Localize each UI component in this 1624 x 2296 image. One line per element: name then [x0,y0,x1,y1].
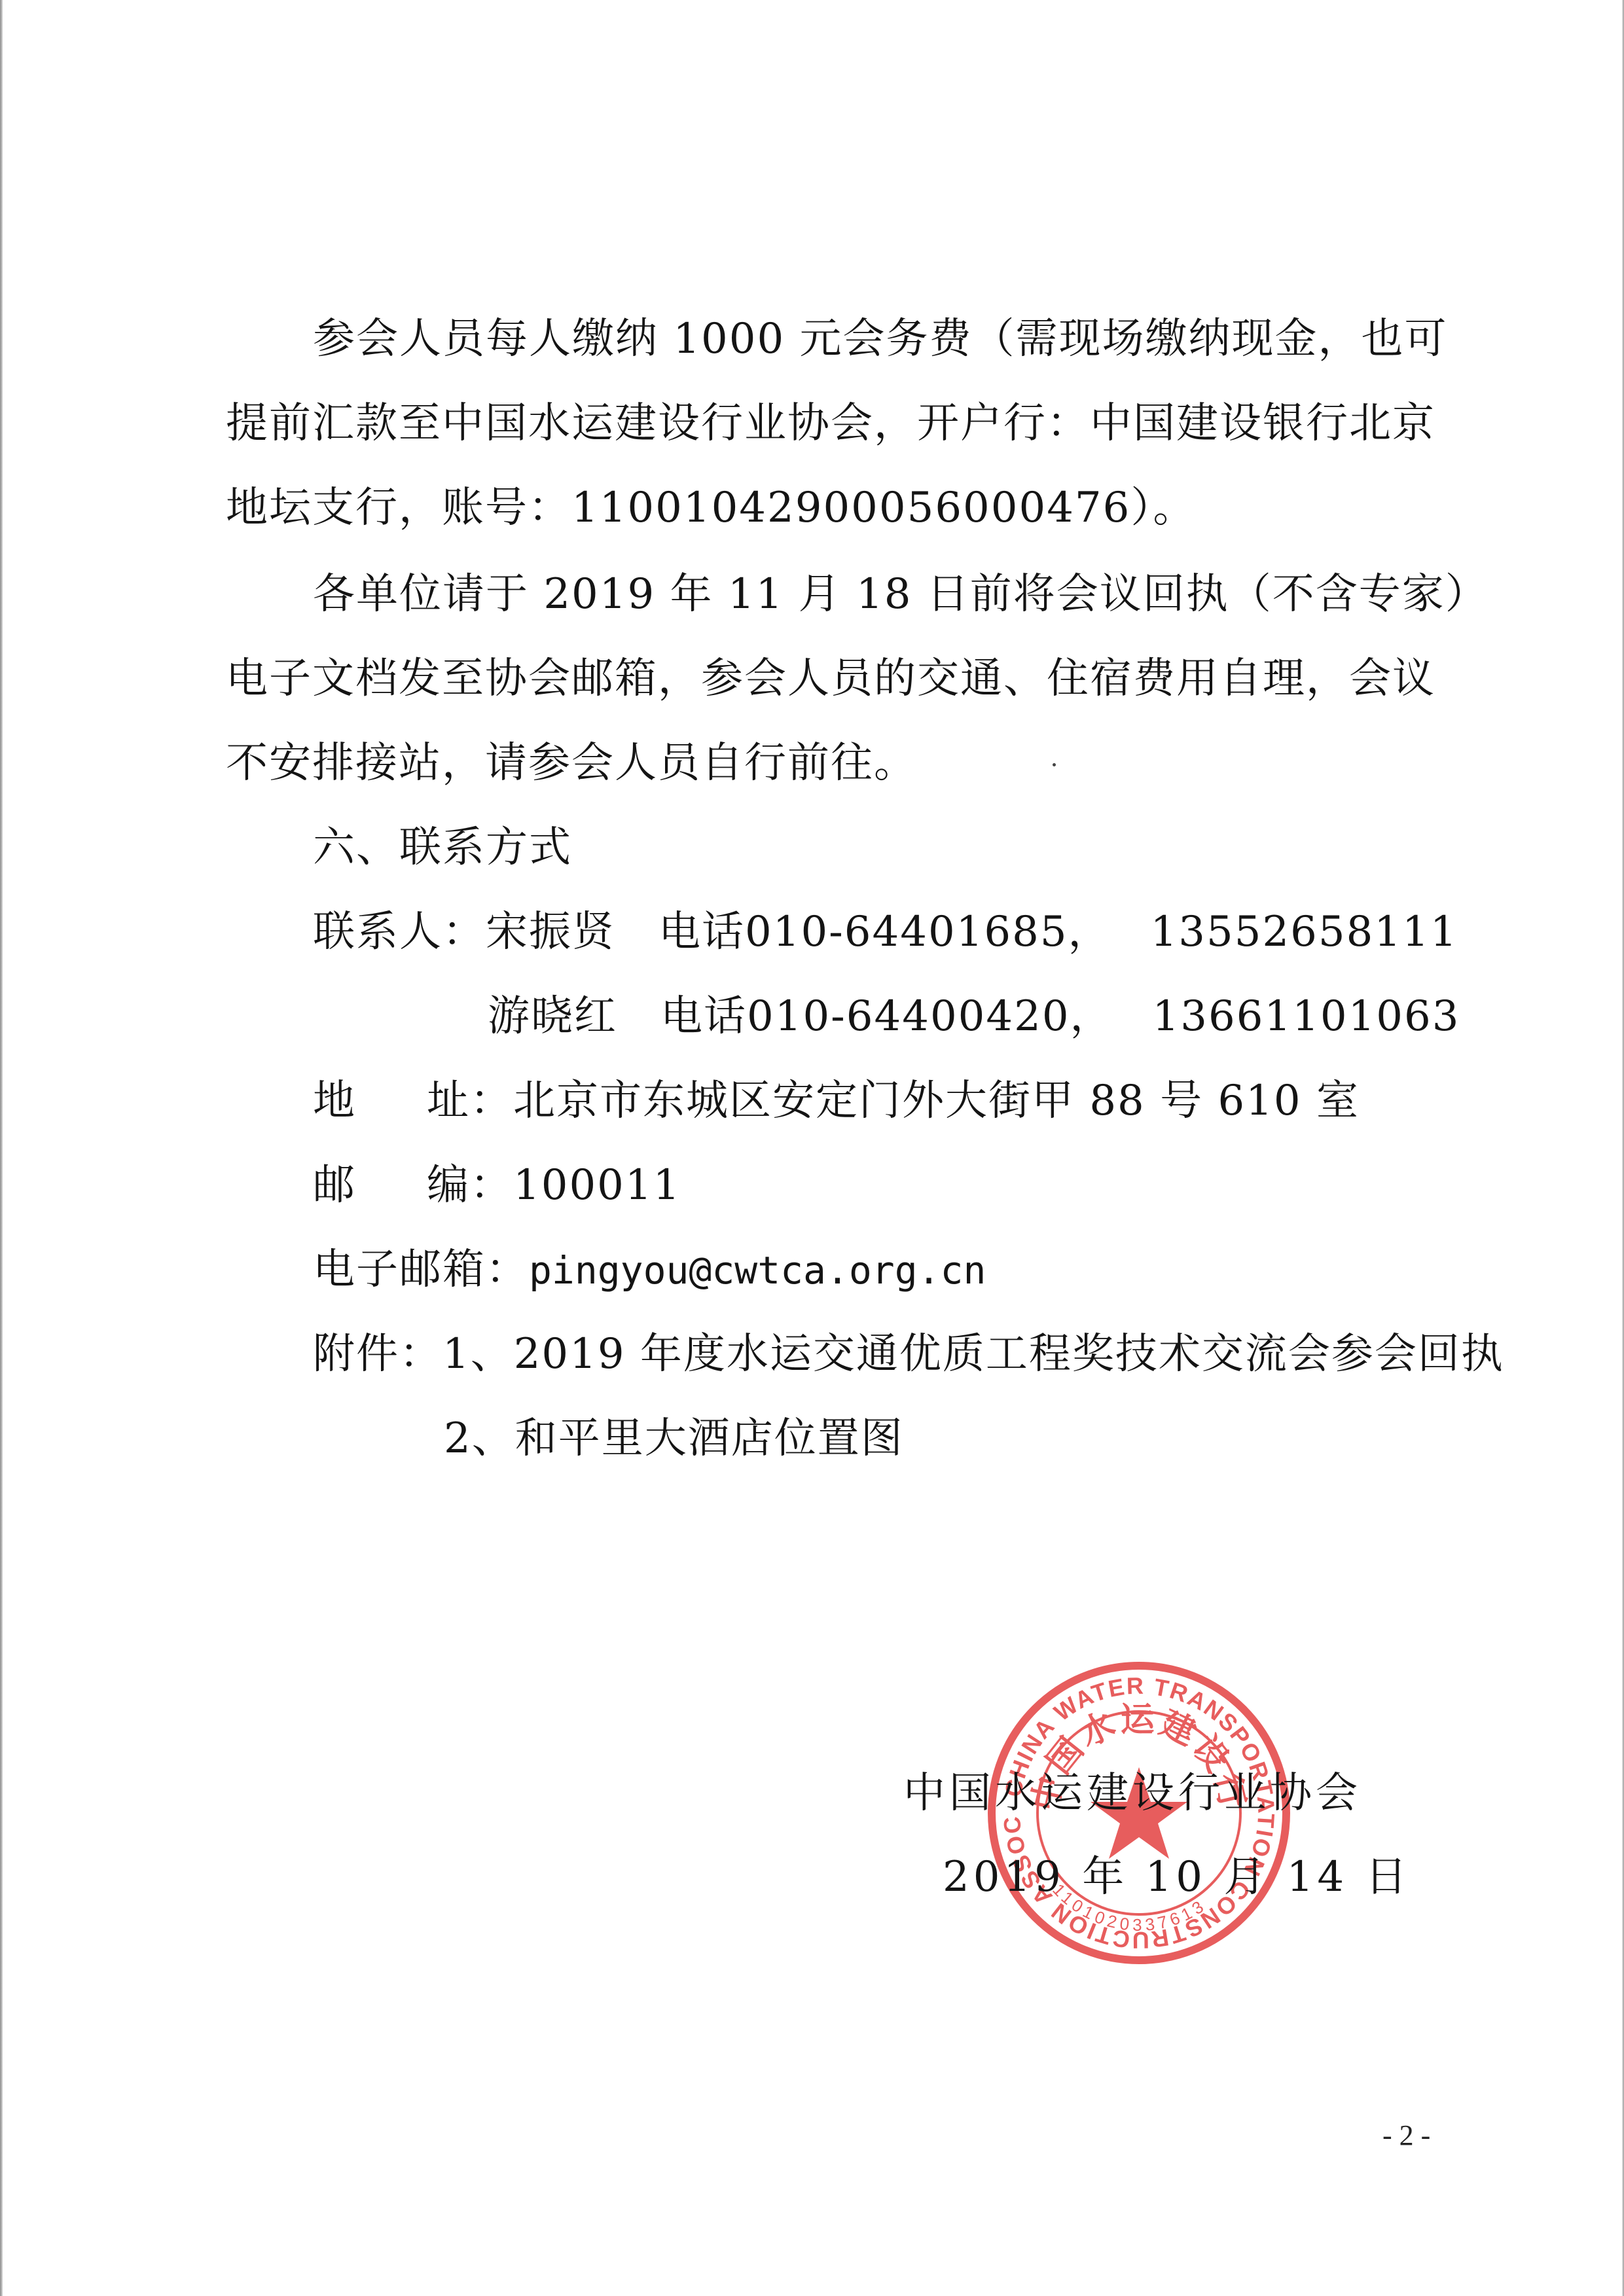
phone-label: 电话 [660,992,747,1041]
mobile-number: 13661101063 [1153,992,1460,1041]
fee-line-1: 参会人员每人缴纳 1000 元会务费（需现场缴纳现金，也可 [313,313,1418,365]
receipt-line-2: 电子文档发至协会邮箱，参会人员的交通、住宿费用自理，会议 [226,653,1418,705]
address-value: 北京市东城区安定门外大街甲 88 号 610 室 [513,1077,1360,1125]
scan-edge-left [0,0,3,2296]
attachment-item-2: 2、和平里大酒店位置图 [444,1414,904,1463]
email-label: 电子邮箱： [313,1246,529,1294]
fee-line-3: 地坛支行，账号：11001042900056000476）。 [226,482,1196,534]
signature-date: 2019 年 10 月 14 日 [943,1851,1411,1903]
phone-label: 电话 [659,908,745,956]
postcode-label-2: 编： [427,1161,513,1210]
address-label-1: 地 [313,1077,356,1125]
contact-name: 宋振贤 [486,908,615,956]
phone-number: 010-64400420， [747,992,1113,1041]
phone-number: 010-64401685， [745,908,1111,956]
postcode-label-1: 邮 [313,1161,356,1210]
receipt-line-3: 不安排接站，请参会人员自行前往。 [226,737,917,789]
attachments-row-2: 2、和平里大酒店位置图 [444,1412,904,1465]
attachments-label: 附件： [313,1330,442,1378]
contacts-label: 联系人： [313,908,486,956]
address-row: 地址：北京市东城区安定门外大街甲 88 号 610 室 [313,1075,1360,1127]
contact-row-2: 游晓红电话010-64400420，13661101063 [488,990,1460,1043]
receipt-line-1: 各单位请于 2019 年 11 月 18 日前将会议回执（不含专家） [313,568,1418,620]
fee-line-2: 提前汇款至中国水运建设行业协会，开户行：中国建设银行北京 [226,397,1418,450]
signature-organization: 中国水运建设行业协会 [903,1767,1362,1820]
address-label-2: 址： [427,1077,513,1125]
email-value: pingyou@cwtca.org.cn [529,1248,986,1293]
attachment-item-1: 1、2019 年度水运交通优质工程奖技术交流会参会回执 [442,1330,1504,1378]
attachments-row-1: 附件：1、2019 年度水运交通优质工程奖技术交流会参会回执 [313,1328,1504,1380]
contact-name: 游晓红 [488,992,617,1041]
section-heading-contact: 六、联系方式 [313,821,572,874]
postcode-value: 100011 [513,1161,681,1210]
mobile-number: 13552658111 [1151,908,1458,956]
page-number: - 2 - [1382,2119,1430,2152]
scan-speck [1053,763,1056,766]
contact-row-1: 联系人：宋振贤电话010-64401685，13552658111 [313,906,1458,958]
postcode-row: 邮编：100011 [313,1159,681,1211]
email-row: 电子邮箱：pingyou@cwtca.org.cn [313,1244,986,1296]
